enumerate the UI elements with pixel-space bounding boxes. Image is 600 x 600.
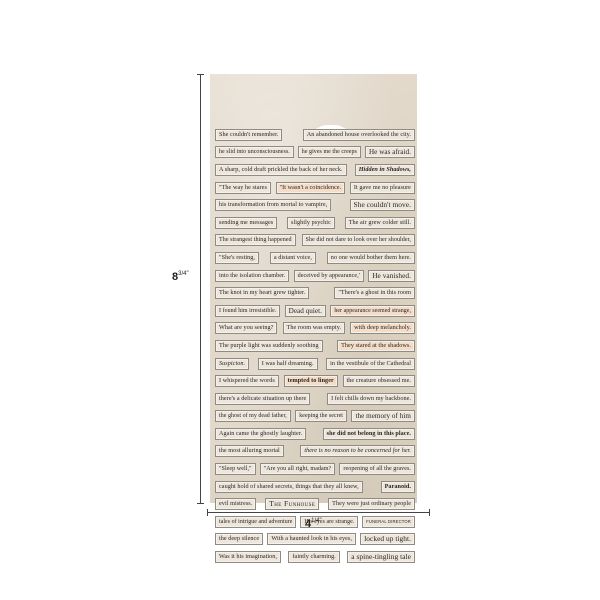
word-sticker: reopening of all the graves. xyxy=(339,463,415,475)
word-sticker: the deep silence xyxy=(215,533,263,545)
sticker-row: caught hold of shared secrets, things th… xyxy=(215,478,415,496)
word-sticker: FUNERAL DIRECTOR xyxy=(362,516,415,528)
word-sticker: He was afraid. xyxy=(365,146,415,158)
word-sticker: Again came the ghostly laughter. xyxy=(215,428,306,440)
word-sticker: They stared at the shadows. xyxy=(337,340,415,352)
word-sticker: no one would bother them here. xyxy=(327,252,415,264)
width-dimension-line xyxy=(207,512,430,513)
word-sticker: She couldn't remember. xyxy=(215,129,282,141)
word-sticker: the ghost of my dead father, xyxy=(215,410,291,422)
word-sticker: there's a delicate situation up there xyxy=(215,393,310,405)
sticker-row: evil mistress.The FunhouseThey were just… xyxy=(215,495,415,513)
word-sticker: I was half dreaming. xyxy=(258,358,318,370)
sticker-row: Suspicion.I was half dreaming.in the ves… xyxy=(215,355,415,373)
height-dimension-line xyxy=(200,75,201,503)
word-sticker: in the vestibule of the Cathedral xyxy=(326,358,415,370)
sticker-row: the ghost of my dead father,keeping the … xyxy=(215,408,415,426)
word-sticker: there is no reason to be concerned for h… xyxy=(300,445,415,457)
word-sticker: "The way he stares xyxy=(215,182,271,194)
word-sticker: She couldn't move. xyxy=(350,199,415,211)
sticker-row: there's a delicate situation up thereI f… xyxy=(215,390,415,408)
word-sticker: The knot in my heart grew tighter. xyxy=(215,287,309,299)
sticker-row: Was it his imagination,faintly charming.… xyxy=(215,548,415,566)
word-sticker: evil mistress. xyxy=(215,498,256,510)
word-sticker: I felt chills down my backbone. xyxy=(327,393,415,405)
sticker-row: She couldn't remember.An abandoned house… xyxy=(215,126,415,144)
word-sticker: "It wasn't a coincidence. xyxy=(276,182,346,194)
sticker-row: "The way he stares"It wasn't a coinciden… xyxy=(215,179,415,197)
word-sticker: a spine-tingling tale xyxy=(347,551,415,563)
sticker-row: the most alluring mortalthere is no reas… xyxy=(215,443,415,461)
sticker-row: The strangest thing happenedShe did not … xyxy=(215,232,415,250)
word-sticker: The purple light was suddenly soothing xyxy=(215,340,323,352)
sticker-row: the deep silenceWith a haunted look in h… xyxy=(215,531,415,549)
sticker-row: into the isolation chamber.deceived by a… xyxy=(215,267,415,285)
word-sticker: with deep melancholy. xyxy=(350,322,415,334)
word-sticker: I found him irresistible. xyxy=(215,305,280,317)
word-sticker: the most alluring mortal xyxy=(215,445,284,457)
word-sticker: slightly psychic xyxy=(287,217,335,229)
sticker-row: A sharp, cold draft prickled the back of… xyxy=(215,161,415,179)
word-sticker: locked up tight. xyxy=(360,533,415,545)
sticker-row: his transformation from mortal to vampir… xyxy=(215,196,415,214)
word-sticker: keeping the secret xyxy=(295,410,347,422)
word-sticker: The Funhouse xyxy=(265,498,319,510)
word-sticker: They were just ordinary people xyxy=(328,498,415,510)
word-sticker: An abandoned house overlooked the city. xyxy=(303,129,415,141)
sticker-row: Again came the ghostly laughter.she did … xyxy=(215,425,415,443)
word-sticker: tempted to linger xyxy=(284,375,338,387)
word-sticker: "There's a ghost in this room xyxy=(334,287,415,299)
word-sticker: sending me messages xyxy=(215,217,277,229)
sticker-row: What are you seeing?The room was empty.w… xyxy=(215,320,415,338)
word-sticker: caught hold of shared secrets, things th… xyxy=(215,481,363,493)
word-sticker: The air grew colder still. xyxy=(345,217,415,229)
word-sticker: "Are you all right, madam? xyxy=(260,463,336,475)
word-sticker: Suspicion. xyxy=(215,358,249,370)
sticker-row: I whispered the wordstempted to lingerth… xyxy=(215,372,415,390)
word-sticker: With a haunted look in his eyes, xyxy=(267,533,356,545)
word-sticker: He vanished. xyxy=(368,270,415,282)
sticker-row: he slid into unconsciousness.he gives me… xyxy=(215,144,415,162)
word-sticker: he gives me the creeps xyxy=(298,146,361,158)
word-sticker: the memory of him xyxy=(351,410,415,422)
word-sticker: a distant voice, xyxy=(270,252,316,264)
word-sticker: What are you seeing? xyxy=(215,322,277,334)
height-dimension-label: 83/4" xyxy=(172,271,189,283)
word-sticker: he slid into unconsciousness. xyxy=(215,146,294,158)
word-sticker: his transformation from mortal to vampir… xyxy=(215,199,331,211)
word-sticker: I whispered the words xyxy=(215,375,279,387)
width-dimension-label: 41/4" xyxy=(305,518,322,530)
word-sticker: faintly charming. xyxy=(288,551,339,563)
word-sticker: "Sleep well," xyxy=(215,463,256,475)
word-sticker: Was it his imagination, xyxy=(215,551,281,563)
word-sticker: Paranoid. xyxy=(381,481,415,493)
word-sticker: into the isolation chamber. xyxy=(215,270,289,282)
sticker-row: "She's resting,a distant voice,no one wo… xyxy=(215,249,415,267)
sticker-row: The knot in my heart grew tighter."There… xyxy=(215,284,415,302)
word-sticker: she did not belong in this place. xyxy=(323,428,415,440)
sticker-sheet-card: She couldn't remember.An abandoned house… xyxy=(210,74,417,503)
sticker-row: I found him irresistible.Dead quiet.her … xyxy=(215,302,415,320)
width-dimension-cap-right xyxy=(429,509,430,516)
word-sticker: tales of intrigue and adventure xyxy=(215,516,296,528)
word-sticker: deceived by appearance,' xyxy=(294,270,364,282)
height-dimension-cap-bottom xyxy=(197,503,204,504)
word-sticker: the creature obsessed me. xyxy=(343,375,415,387)
word-sticker: A sharp, cold draft prickled the back of… xyxy=(215,164,347,176)
word-sticker: "She's resting, xyxy=(215,252,259,264)
sticker-row: sending me messagesslightly psychicThe a… xyxy=(215,214,415,232)
width-dimension-cap-left xyxy=(207,509,208,516)
word-sticker: She did not dare to look over her should… xyxy=(302,234,415,246)
sticker-row: "Sleep well,""Are you all right, madam?r… xyxy=(215,460,415,478)
sticker-row: The purple light was suddenly soothingTh… xyxy=(215,337,415,355)
height-dimension-cap-top xyxy=(197,74,204,75)
word-sticker: It gave me no pleasure xyxy=(350,182,415,194)
sticker-rows: She couldn't remember.An abandoned house… xyxy=(215,126,415,566)
word-sticker: The room was empty. xyxy=(283,322,346,334)
word-sticker: The strangest thing happened xyxy=(215,234,296,246)
word-sticker: Dead quiet. xyxy=(285,305,326,317)
word-sticker: her appearance seemed strange, xyxy=(330,305,415,317)
word-sticker: Hidden in Shadows, xyxy=(355,164,415,176)
